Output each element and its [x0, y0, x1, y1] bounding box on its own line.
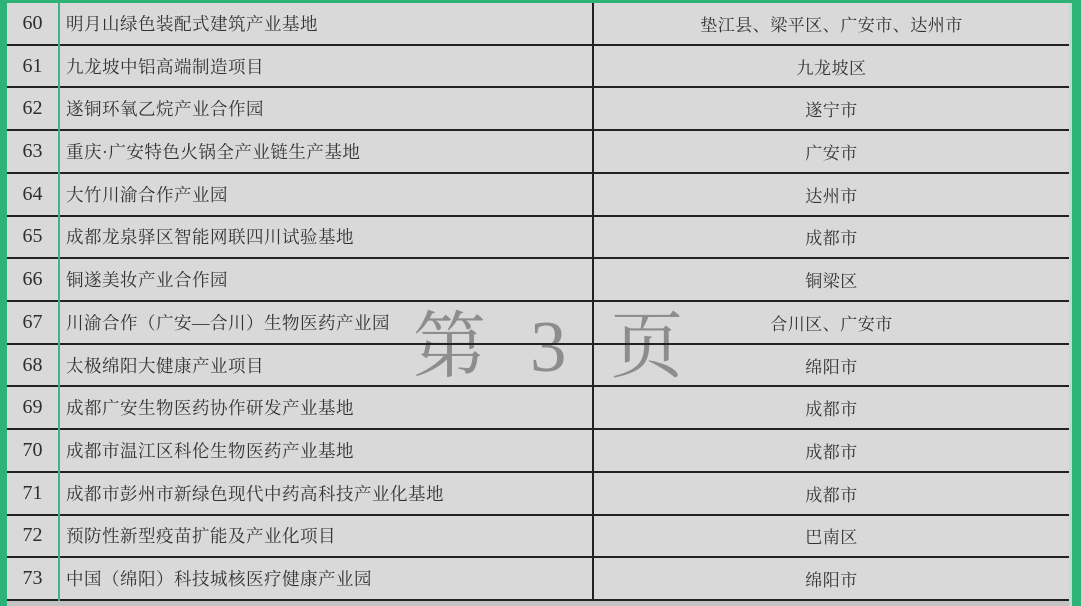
row-number-cell: 61 [7, 55, 58, 78]
project-name-cell: 成都龙泉驿区智能网联四川试验基地 [58, 224, 593, 249]
region-cell: 成都市 [593, 224, 1070, 249]
project-name-cell: 遂铜环氧乙烷产业合作园 [58, 96, 593, 121]
project-name-cell: 成都市彭州市新绿色现代中药高科技产业化基地 [58, 481, 593, 506]
region-cell: 成都市 [593, 438, 1070, 463]
table-row: 69 成都广安生物医药协作研发产业基地 成都市 [7, 387, 1070, 430]
region-cell: 铜梁区 [593, 267, 1070, 292]
region-cell: 遂宁市 [593, 96, 1070, 121]
row-number-cell: 67 [7, 311, 58, 334]
row-number-cell: 66 [7, 268, 58, 291]
table-row: 68 太极绵阳大健康产业项目 绵阳市 [7, 345, 1070, 388]
region-cell: 广安市 [593, 139, 1070, 164]
projects-table: 60 明月山绿色装配式建筑产业基地 垫江县、梁平区、广安市、达州市 61 九龙坡… [7, 3, 1070, 601]
row-number-cell: 63 [7, 140, 58, 163]
region-cell: 绵阳市 [593, 353, 1070, 378]
table-row: 63 重庆·广安特色火锅全产业链生产基地 广安市 [7, 131, 1070, 174]
table-row: 72 预防性新型疫苗扩能及产业化项目 巴南区 [7, 516, 1070, 559]
region-cell: 绵阳市 [593, 566, 1070, 591]
table-row: 73 中国（绵阳）科技城核医疗健康产业园 绵阳市 [7, 558, 1070, 601]
table-row: 60 明月山绿色装配式建筑产业基地 垫江县、梁平区、广安市、达州市 [7, 3, 1070, 46]
table-row: 66 铜遂美妆产业合作园 铜梁区 [7, 259, 1070, 302]
column-divider-green [58, 3, 60, 601]
project-name-cell: 大竹川渝合作产业园 [58, 182, 593, 207]
row-number-cell: 72 [7, 524, 58, 547]
project-name-cell: 明月山绿色装配式建筑产业基地 [58, 11, 593, 36]
project-name-cell: 预防性新型疫苗扩能及产业化项目 [58, 523, 593, 548]
region-cell: 成都市 [593, 395, 1070, 420]
project-name-cell: 九龙坡中铝高端制造项目 [58, 54, 593, 79]
project-name-cell: 铜遂美妆产业合作园 [58, 267, 593, 292]
table-row: 71 成都市彭州市新绿色现代中药高科技产业化基地 成都市 [7, 473, 1070, 516]
region-cell: 成都市 [593, 481, 1070, 506]
row-number-cell: 62 [7, 97, 58, 120]
table-row: 67 川渝合作（广安—合川）生物医药产业园 合川区、广安市 [7, 302, 1070, 345]
region-cell: 达州市 [593, 182, 1070, 207]
document-page: 第 3 页 60 明月山绿色装配式建筑产业基地 垫江县、梁平区、广安市、达州市 … [0, 0, 1081, 606]
row-number-cell: 65 [7, 225, 58, 248]
region-cell: 合川区、广安市 [593, 310, 1070, 335]
region-cell: 巴南区 [593, 523, 1070, 548]
column-divider [592, 3, 594, 601]
table-row: 62 遂铜环氧乙烷产业合作园 遂宁市 [7, 88, 1070, 131]
page-edge-top [0, 0, 1081, 3]
table-row: 65 成都龙泉驿区智能网联四川试验基地 成都市 [7, 217, 1070, 260]
page-edge-left [0, 0, 7, 606]
table-row: 64 大竹川渝合作产业园 达州市 [7, 174, 1070, 217]
page-bottom-edge [0, 601, 1081, 606]
region-cell: 垫江县、梁平区、广安市、达州市 [593, 11, 1070, 36]
project-name-cell: 太极绵阳大健康产业项目 [58, 353, 593, 378]
table-row: 70 成都市温江区科伦生物医药产业基地 成都市 [7, 430, 1070, 473]
row-number-cell: 73 [7, 567, 58, 590]
page-edge-right [1072, 0, 1081, 606]
row-number-cell: 64 [7, 183, 58, 206]
row-number-cell: 70 [7, 439, 58, 462]
row-number-cell: 68 [7, 354, 58, 377]
region-cell: 九龙坡区 [593, 54, 1070, 79]
project-name-cell: 成都市温江区科伦生物医药产业基地 [58, 438, 593, 463]
table-row: 61 九龙坡中铝高端制造项目 九龙坡区 [7, 46, 1070, 89]
project-name-cell: 重庆·广安特色火锅全产业链生产基地 [58, 139, 593, 164]
project-name-cell: 川渝合作（广安—合川）生物医药产业园 [58, 310, 593, 335]
row-number-cell: 69 [7, 396, 58, 419]
project-name-cell: 成都广安生物医药协作研发产业基地 [58, 395, 593, 420]
project-name-cell: 中国（绵阳）科技城核医疗健康产业园 [58, 566, 593, 591]
row-number-cell: 60 [7, 12, 58, 35]
row-number-cell: 71 [7, 482, 58, 505]
